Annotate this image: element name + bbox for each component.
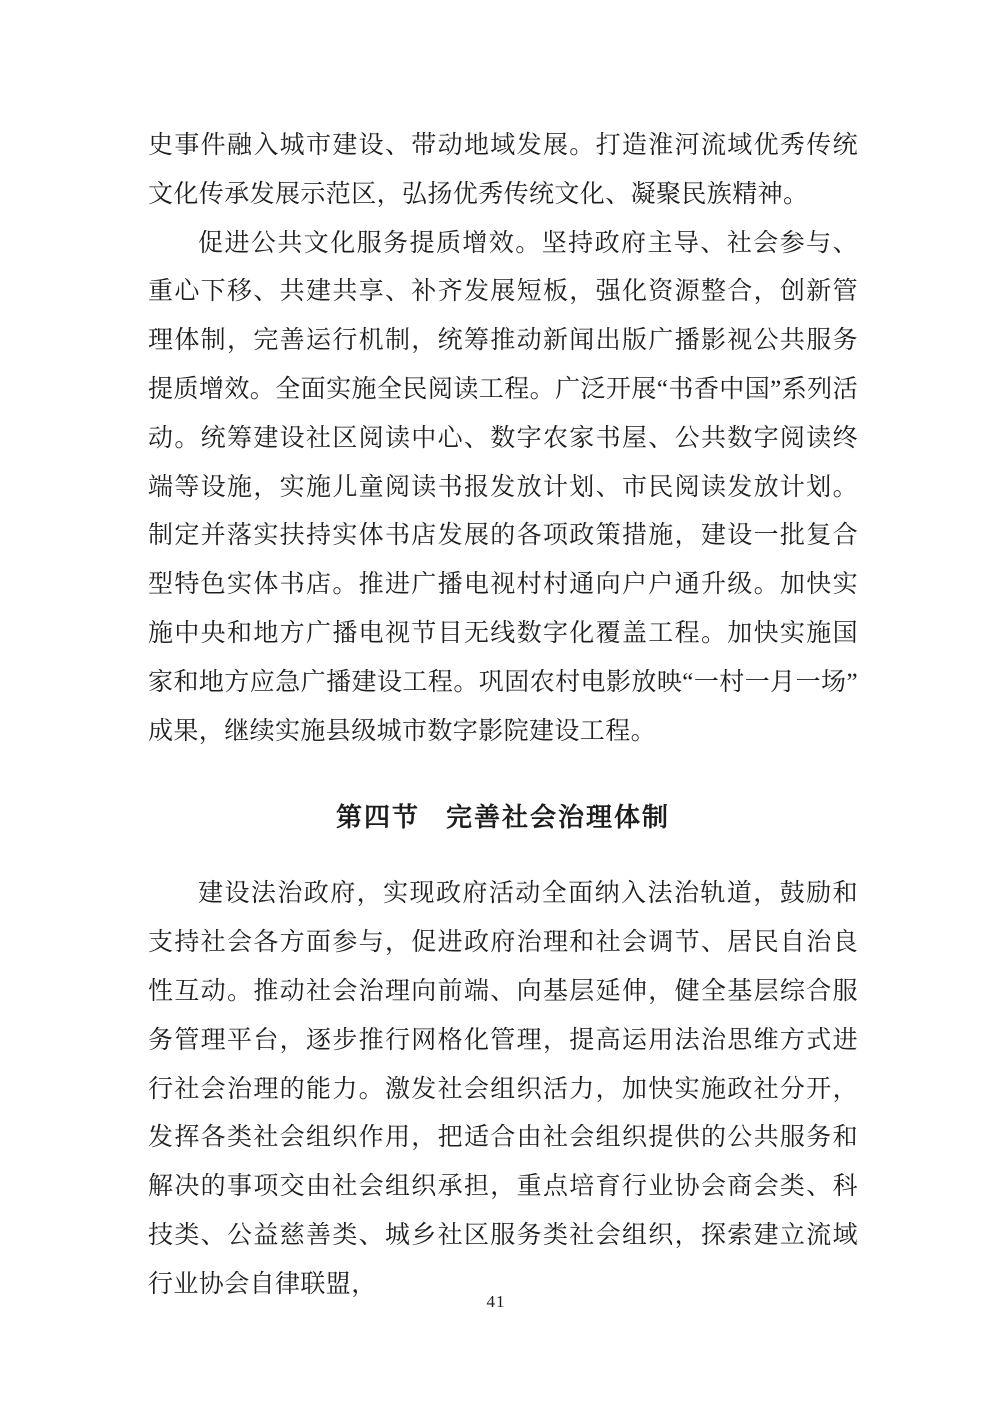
body-paragraph: 促进公共文化服务提质增效。坚持政府主导、社会参与、重心下移、共建共享、补齐发展短… <box>148 220 858 757</box>
section-number: 第四节 <box>336 803 420 832</box>
body-paragraph-continuation: 史事件融入城市建设、带动地域发展。打造淮河流域优秀传统文化传承发展示范区，弘扬优… <box>148 122 858 220</box>
section-heading: 第四节完善社会治理体制 <box>148 800 858 836</box>
section-title: 完善社会治理体制 <box>446 803 670 832</box>
body-paragraph: 建设法治政府，实现政府活动全面纳入法治轨道，鼓励和支持社会各方面参与，促进政府治… <box>148 870 858 1309</box>
page-content: 史事件融入城市建设、带动地域发展。打造淮河流域优秀传统文化传承发展示范区，弘扬优… <box>148 122 858 1310</box>
page-footer: 41 <box>0 1292 992 1312</box>
page-number: 41 <box>487 1292 506 1311</box>
document-page: 史事件融入城市建设、带动地域发展。打造淮河流域优秀传统文化传承发展示范区，弘扬优… <box>0 0 992 1403</box>
